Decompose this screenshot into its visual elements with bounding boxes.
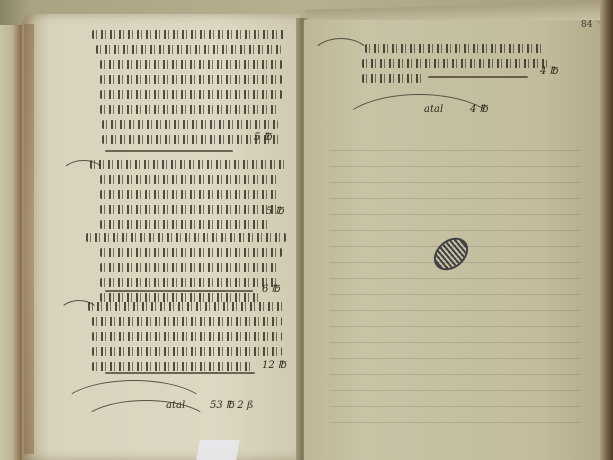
total-amount: 4 ℔ [470, 104, 488, 115]
manuscript-photo: 5 ℔ 5 ℔ 6 ℔ 12 ℔ atal 53 ℔ 2 ß [0, 0, 613, 460]
total-amount: 53 ℔ 2 ß [210, 400, 253, 411]
amount-mark: 6 ℔ [262, 284, 280, 295]
book-edge-right [600, 0, 613, 460]
amount-mark: 5 ℔ [254, 132, 272, 143]
amount-mark: 4 ℔ [540, 66, 558, 77]
amount-mark: 12 ℔ [262, 360, 286, 371]
total-label: atal [166, 400, 185, 411]
total-label: atal [424, 104, 443, 115]
water-stain [24, 24, 34, 454]
paper-tab [196, 440, 240, 460]
folio-number: 84 [581, 20, 592, 30]
amount-mark: 5 ℔ [266, 206, 284, 217]
